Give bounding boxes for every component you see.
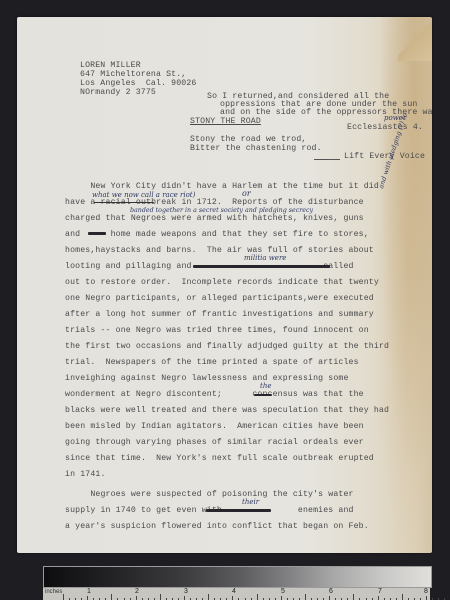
body-line: New York City didn't have a Harlem at th… xyxy=(65,182,379,191)
author-name: LOREN MILLER xyxy=(80,61,141,70)
body-line: a year's suspicion flowered into conflic… xyxy=(65,522,369,531)
handwritten-their: their xyxy=(242,498,259,506)
body-line: been misled by Indian agitators. America… xyxy=(65,422,364,431)
body-line: and home made weapons and that they set … xyxy=(65,230,369,239)
redaction xyxy=(206,509,271,512)
redaction xyxy=(254,394,272,396)
address-line2: Los Angeles Cal. 90026 xyxy=(80,79,196,88)
ruler-tick xyxy=(402,594,403,600)
typewritten-page: LOREN MILLER 647 Micheltorena St., Los A… xyxy=(17,17,432,553)
body-line: out to restore order. Incomplete records… xyxy=(65,278,379,287)
ruler-tick xyxy=(426,596,427,600)
handwritten-or: or xyxy=(242,189,251,198)
body-line: homes,haystacks and barns. The air was f… xyxy=(65,246,374,255)
body-line: trial. Newspapers of the time printed a … xyxy=(65,358,359,367)
ruler-tick xyxy=(232,596,233,600)
body-line: in 1741. xyxy=(65,470,106,479)
ruler-number: 8 xyxy=(424,588,428,595)
poem-line2: Bitter the chastening rod. xyxy=(190,144,322,153)
redaction xyxy=(193,265,330,268)
handwritten-insert: banded together in a secret society and … xyxy=(130,207,313,214)
body-line: since that time. New York's next full sc… xyxy=(65,454,374,463)
ruler-tick xyxy=(136,596,137,600)
inch-ruler: inches 1 2 3 4 5 6 7 8 xyxy=(43,588,430,600)
body-line: wonderment at Negro discontent; concensu… xyxy=(65,390,364,399)
ruler-tick xyxy=(257,594,258,600)
body-line: blacks were well treated and there was s… xyxy=(65,406,389,415)
body-line: trials -- one Negro was tried three time… xyxy=(65,326,369,335)
poem-source: Lift Every Voice xyxy=(344,152,425,161)
ruler-unit: inches xyxy=(45,589,62,595)
ruler-tick xyxy=(160,594,161,600)
epigraph-source: Ecclesiastes 4. xyxy=(347,123,423,132)
ruler-tick xyxy=(63,594,64,600)
ruler-tick xyxy=(87,596,88,600)
handwritten-insert: militia were xyxy=(244,254,286,262)
redaction xyxy=(88,232,106,235)
body-line: one Negro participants, or alleged parti… xyxy=(65,294,374,303)
body-line: charged that Negroes were armed with hat… xyxy=(65,214,364,223)
poem-line1: Stony the road we trod, xyxy=(190,135,306,144)
folded-corner xyxy=(398,17,432,61)
ruler-number: 6 xyxy=(329,588,333,595)
ruler-tick xyxy=(281,596,282,600)
dash-rule xyxy=(314,159,340,160)
grayscale-target xyxy=(43,566,432,588)
ruler-number: 2 xyxy=(135,588,139,595)
strikethrough xyxy=(94,202,154,203)
body-line: after a long hot summer of frantic inves… xyxy=(65,310,374,319)
ruler-tick xyxy=(208,594,209,600)
ruler-number: 4 xyxy=(232,588,236,595)
body-line: going through varying phases of similar … xyxy=(65,438,364,447)
address-line1: 647 Micheltorena St., xyxy=(80,70,186,79)
body-line: inveighing against Negro lawlessness and… xyxy=(65,374,349,383)
ruler-tick xyxy=(378,596,379,600)
body-line: Negroes were suspected of poisoning the … xyxy=(65,490,354,499)
ruler-tick xyxy=(329,596,330,600)
ruler-number: 3 xyxy=(184,588,188,595)
phone-number: NOrmandy 2 3775 xyxy=(80,88,156,97)
ruler-tick xyxy=(111,594,112,600)
ruler-number: 1 xyxy=(87,588,91,595)
ruler-tick xyxy=(353,594,354,600)
ruler-number: 7 xyxy=(378,588,382,595)
handwritten-insert: what we now call a race riot) xyxy=(92,191,195,199)
ruler-tick xyxy=(305,594,306,600)
ruler-tick xyxy=(184,596,185,600)
document-title: STONY THE ROAD xyxy=(190,117,261,126)
ruler-number: 5 xyxy=(281,588,285,595)
body-line: the first two occasions and finally adju… xyxy=(65,342,389,351)
handwritten-the: the xyxy=(260,382,271,390)
